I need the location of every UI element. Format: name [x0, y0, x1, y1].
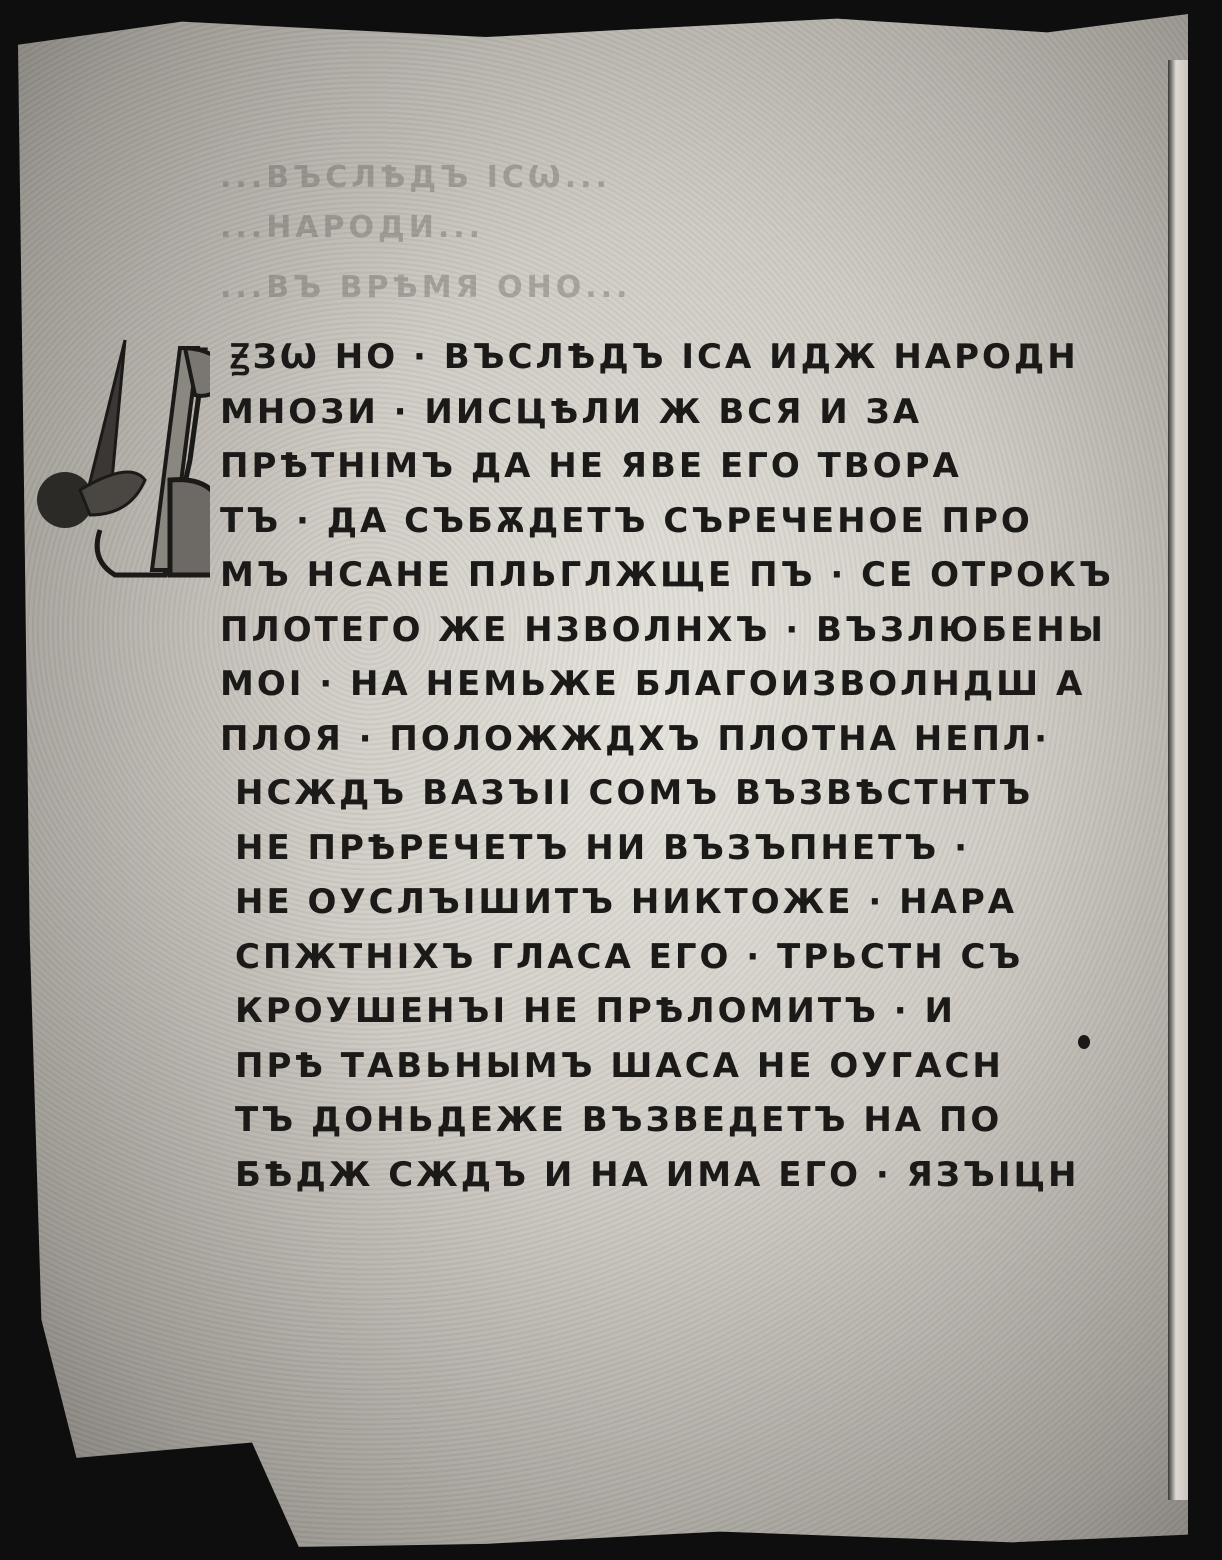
- text-line: НЕ ПРѢРЕЧЕТЪ НИ ВЪЗЪПНЕТЪ ·: [180, 821, 1080, 876]
- text-line: НЕ ОУСЛЪІШИТЪ НИКТОЖЕ · НАРА: [180, 875, 1080, 930]
- text-line: ПЛОЯ · ПОЛОЖЖДХЪ ПЛОТНА НЕПЛ·: [180, 712, 1080, 767]
- text-line: КРОУШЕНЪІ НЕ ПРѢЛОМИТЪ · И: [180, 984, 1080, 1039]
- faded-header-line: ...ВЪ ВРѢМЯ ОНО...: [220, 270, 1020, 305]
- text-line: СПЖТНІХЪ ГЛАСА ЕГО · ТРЬСТН СЪ: [180, 930, 1080, 985]
- manuscript-text-block: ꙂЗѠ НО · ВЪСЛѢДЪ ІСА ИДЖ НАРОДН МНОЗИ · …: [180, 330, 1080, 1202]
- text-line: ꙂЗѠ НО · ВЪСЛѢДЪ ІСА ИДЖ НАРОДН: [180, 330, 1080, 385]
- text-line: ТЪ · ДА СЪБѪДЕТЪ СЪРЕЧЕНОЕ ПРО: [180, 494, 1080, 549]
- text-line: НСЖДЪ ВАЗЪІІ СОМЪ ВЪЗВѢСТНТЪ: [180, 766, 1080, 821]
- faded-header-line: ...НАРОДИ...: [220, 210, 1020, 245]
- text-line: ПРѢТНІМЪ ДА НЕ ЯВЕ ЕГО ТВОРА: [180, 439, 1080, 494]
- text-line: ПЛОТЕГО ЖЕ НЗВОЛНХЪ · ВЪЗЛЮБЕНЫ: [180, 603, 1080, 658]
- svg-text:Ѣ: Ѣ: [170, 398, 171, 401]
- binding-edge: [1168, 60, 1188, 1500]
- text-line: БѢДЖ СЖДЪ И НА ИМА ЕГО · ЯЗЪІЦН: [180, 1148, 1080, 1203]
- margin-ink-mark-icon: [1078, 1035, 1090, 1049]
- faded-header-line: ...ВЪСЛѢДЪ ІСѠ...: [220, 160, 1020, 195]
- text-line: МОІ · НА НЕМЬЖЕ БЛАГОИЗВОЛНДШ А: [180, 657, 1080, 712]
- text-line: МЪ НСАНЕ ПЛЬГЛЖЩЕ ПЪ · СЕ ОТРОКЪ: [180, 548, 1080, 603]
- text-line: ТЪ ДОНЬДЕЖЕ ВЪЗВЕДЕТЪ НА ПО: [180, 1093, 1080, 1148]
- text-line: ПРѢ ТАВЬНЫМЪ ШАСА НЕ ОУГАСН: [180, 1039, 1080, 1094]
- text-line: МНОЗИ · ИИСЦѢЛИ Ж ВСЯ И ЗА: [180, 385, 1080, 440]
